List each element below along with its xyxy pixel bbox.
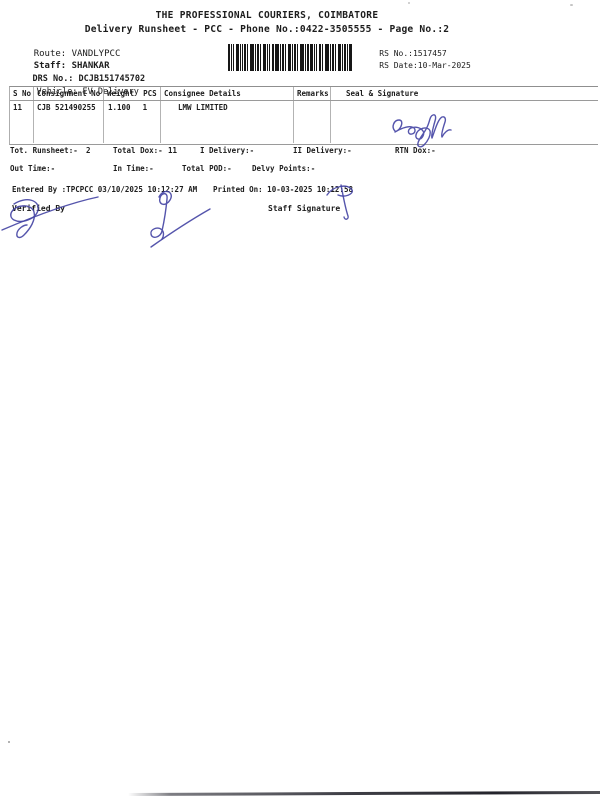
cell-pcs: 1 (143, 103, 148, 143)
total-dox-label: Total Dox:- (113, 146, 163, 155)
tot-runsheet-label: Tot. Runsheet:- (10, 146, 78, 155)
cell-consignment-no: CJB 521490255 (34, 101, 104, 143)
scan-speck (570, 4, 573, 6)
col-header-sno: S No (10, 87, 34, 100)
tot-runsheet-value: 2 (86, 146, 91, 155)
rs-date-label: RS Date: (379, 61, 418, 70)
staff-signature-ink (320, 181, 368, 223)
col-header-seal-signature: Seal & Signature (331, 87, 598, 100)
cell-weight-pcs: 1.100 1 (104, 101, 161, 143)
consignment-table: S No Consignment No Weight PCS Consignee… (9, 86, 598, 145)
cell-remarks (294, 101, 331, 143)
delvy-points-label: Delvy Points:- (252, 164, 315, 173)
col-header-consignee: Consignee Details (161, 87, 294, 100)
page-subtitle: Delivery Runsheet - PCC - Phone No.:0422… (0, 24, 534, 35)
page-edge-scan-line (128, 791, 600, 796)
i-delivery-label: I Delivery:- (200, 146, 254, 155)
cell-consignee: LMW LIMITED (161, 101, 294, 143)
col-header-weight-pcs: Weight PCS (104, 87, 161, 100)
col-header-weight: Weight (107, 89, 134, 100)
scan-speck (8, 741, 10, 743)
table-header-row: S No Consignment No Weight PCS Consignee… (10, 87, 598, 101)
center-signature-ink (133, 184, 223, 252)
verified-by-signature-ink (0, 192, 105, 247)
rs-date-value: 10-Mar-2025 (418, 61, 471, 70)
col-header-pcs: PCS (143, 89, 157, 100)
barcode-icon (228, 44, 352, 71)
consignee-signature-ink (385, 100, 485, 148)
table-row: 11 CJB 521490255 1.100 1 LMW LIMITED (10, 101, 598, 143)
in-time-label: In Time:- (113, 164, 154, 173)
ii-delivery-label: II Delivery:- (293, 146, 352, 155)
out-time-label: Out Time:- (10, 164, 55, 173)
page-title: THE PROFESSIONAL COURIERS, COIMBATORE (0, 10, 534, 21)
cell-sno: 11 (10, 101, 34, 143)
scan-speck (408, 2, 410, 4)
col-header-remarks: Remarks (294, 87, 331, 100)
total-dox-value: 11 (168, 146, 177, 155)
rtn-dox-label: RTN Dox:- (395, 146, 436, 155)
rs-date-line: RS Date:10-Mar-2025 (360, 52, 471, 79)
col-header-consignment-no: Consignment No (34, 87, 104, 100)
cell-weight: 1.100 (108, 103, 131, 143)
total-pod-label: Total POD:- (182, 164, 232, 173)
scanned-delivery-runsheet: THE PROFESSIONAL COURIERS, COIMBATORE De… (0, 0, 600, 800)
